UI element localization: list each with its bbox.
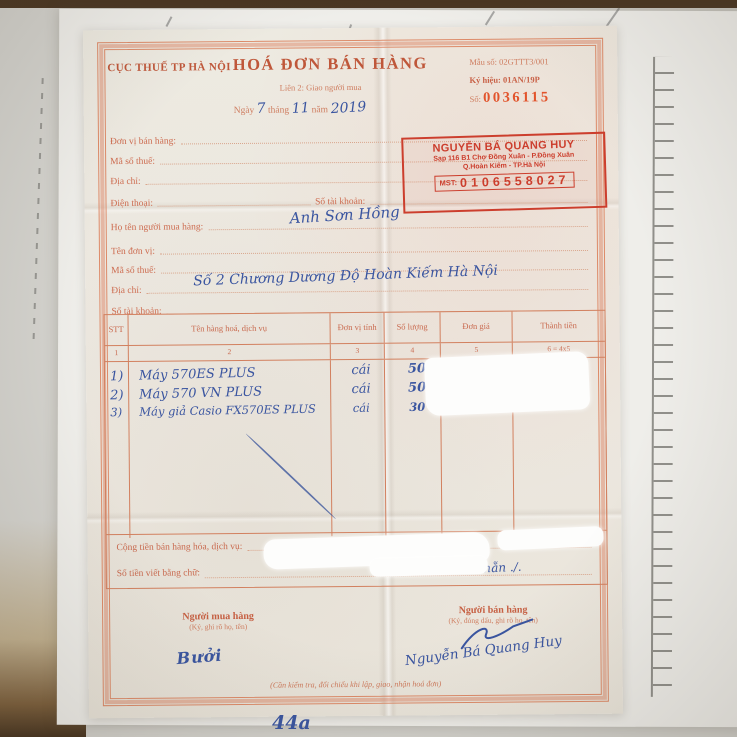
row-stt: 3) [110, 405, 134, 419]
dotted-line [158, 194, 310, 206]
stamp-mst-digits: 0106558027 [460, 172, 570, 189]
binding-tick-marks [651, 57, 674, 697]
invoice-number-value: 0036115 [483, 89, 551, 106]
buyer-signature-subtitle: (Ký, ghi rõ họ, tên) [128, 621, 308, 632]
form-number: Mẫu số: 02GTTT3/001 [469, 52, 595, 71]
table-body: 1) Máy 570ES PLUS cái 50 2) Máy 570 VN P… [105, 358, 606, 534]
stamp-mst: MST: 0106558027 [434, 171, 574, 191]
date-word-day: Ngày [234, 106, 255, 116]
col-item-name: Tên hàng hoá, dịch vụ [128, 313, 330, 345]
row-item-name: Máy 570ES PLUS [139, 366, 256, 384]
buyer-address-label: Địa chỉ: [111, 286, 141, 296]
col-number: 2 [129, 344, 331, 361]
invoice-photo: ử CỤC THUẾ TP HÀ NỘI HOÁ ĐƠN BÁN HÀNG Li… [0, 0, 737, 737]
col-number: 3 [331, 344, 385, 359]
row-item-name: Máy 570 VN PLUS [139, 384, 262, 402]
invoice-number-line: Số: 0036115 [470, 88, 596, 108]
col-unit-price: Đơn giá [440, 312, 512, 343]
col-number: 4 [385, 343, 441, 358]
col-unit: Đơn vị tính [330, 313, 384, 343]
row-stt: 1) [110, 369, 134, 385]
desk-edge-top [0, 0, 737, 8]
date-word-year: năm [312, 105, 328, 115]
buyer-tax-label: Mã số thuế: [111, 266, 156, 276]
seller-phone-label: Điện thoại: [110, 199, 153, 209]
row-unit: cái [335, 362, 387, 378]
date-word-month: tháng [268, 106, 289, 116]
redaction-box-prices [424, 351, 590, 416]
buyer-signature-handwritten: Bưởi [176, 646, 223, 669]
row-unit: cái [335, 400, 387, 415]
row-item-name: Máy giả Casio FX570ES PLUS [139, 402, 316, 419]
seller-stamp: NGUYỄN BÁ QUANG HUY Sạp 116 B1 Chợ Đồng … [401, 132, 607, 214]
col-number: 1 [105, 346, 129, 361]
amount-words-label: Số tiền viết bằng chữ: [117, 568, 200, 579]
left-stitch-line [32, 78, 43, 348]
bottom-page-handwriting: 44a [272, 712, 311, 734]
table-header-row: STT Tên hàng hoá, dịch vụ Đơn vị tính Số… [104, 311, 604, 346]
handwritten-year: 2019 [330, 99, 367, 117]
row-unit: cái [335, 381, 387, 397]
invoice-sheet: CỤC THUẾ TP HÀ NỘI HOÁ ĐƠN BÁN HÀNG Liên… [83, 26, 623, 719]
row-stt: 2) [110, 388, 134, 404]
total-label: Cộng tiền bán hàng hóa, dịch vụ: [116, 541, 242, 552]
invoice-number-label: Số: [470, 94, 481, 104]
col-amount: Thành tiền [512, 311, 604, 342]
stamp-mst-label: MST: [439, 178, 457, 188]
col-stt: STT [104, 315, 128, 345]
buyer-signature-block: Người mua hàng (Ký, ghi rõ họ, tên) [128, 610, 308, 632]
handwritten-month: 11 [291, 100, 310, 117]
dotted-line [160, 240, 588, 255]
buyer-unit-label: Tên đơn vị: [111, 247, 155, 257]
redaction-box-words [369, 556, 487, 577]
col-quantity: Số lượng [384, 312, 440, 342]
seller-address-label: Địa chỉ: [110, 177, 140, 187]
serial-number: Ký hiệu: 01AN/19P [469, 70, 595, 89]
invoice-meta: Mẫu số: 02GTTT3/001 Ký hiệu: 01AN/19P Số… [469, 52, 595, 108]
seller-unit-label: Đơn vị bán hàng: [110, 137, 176, 148]
seller-tax-label: Mã số thuế: [110, 157, 155, 167]
handwritten-day: 7 [256, 101, 266, 118]
buyer-name-label: Họ tên người mua hàng: [111, 222, 204, 233]
date-line: Ngày 7 tháng 11 năm 2019 [234, 100, 366, 117]
